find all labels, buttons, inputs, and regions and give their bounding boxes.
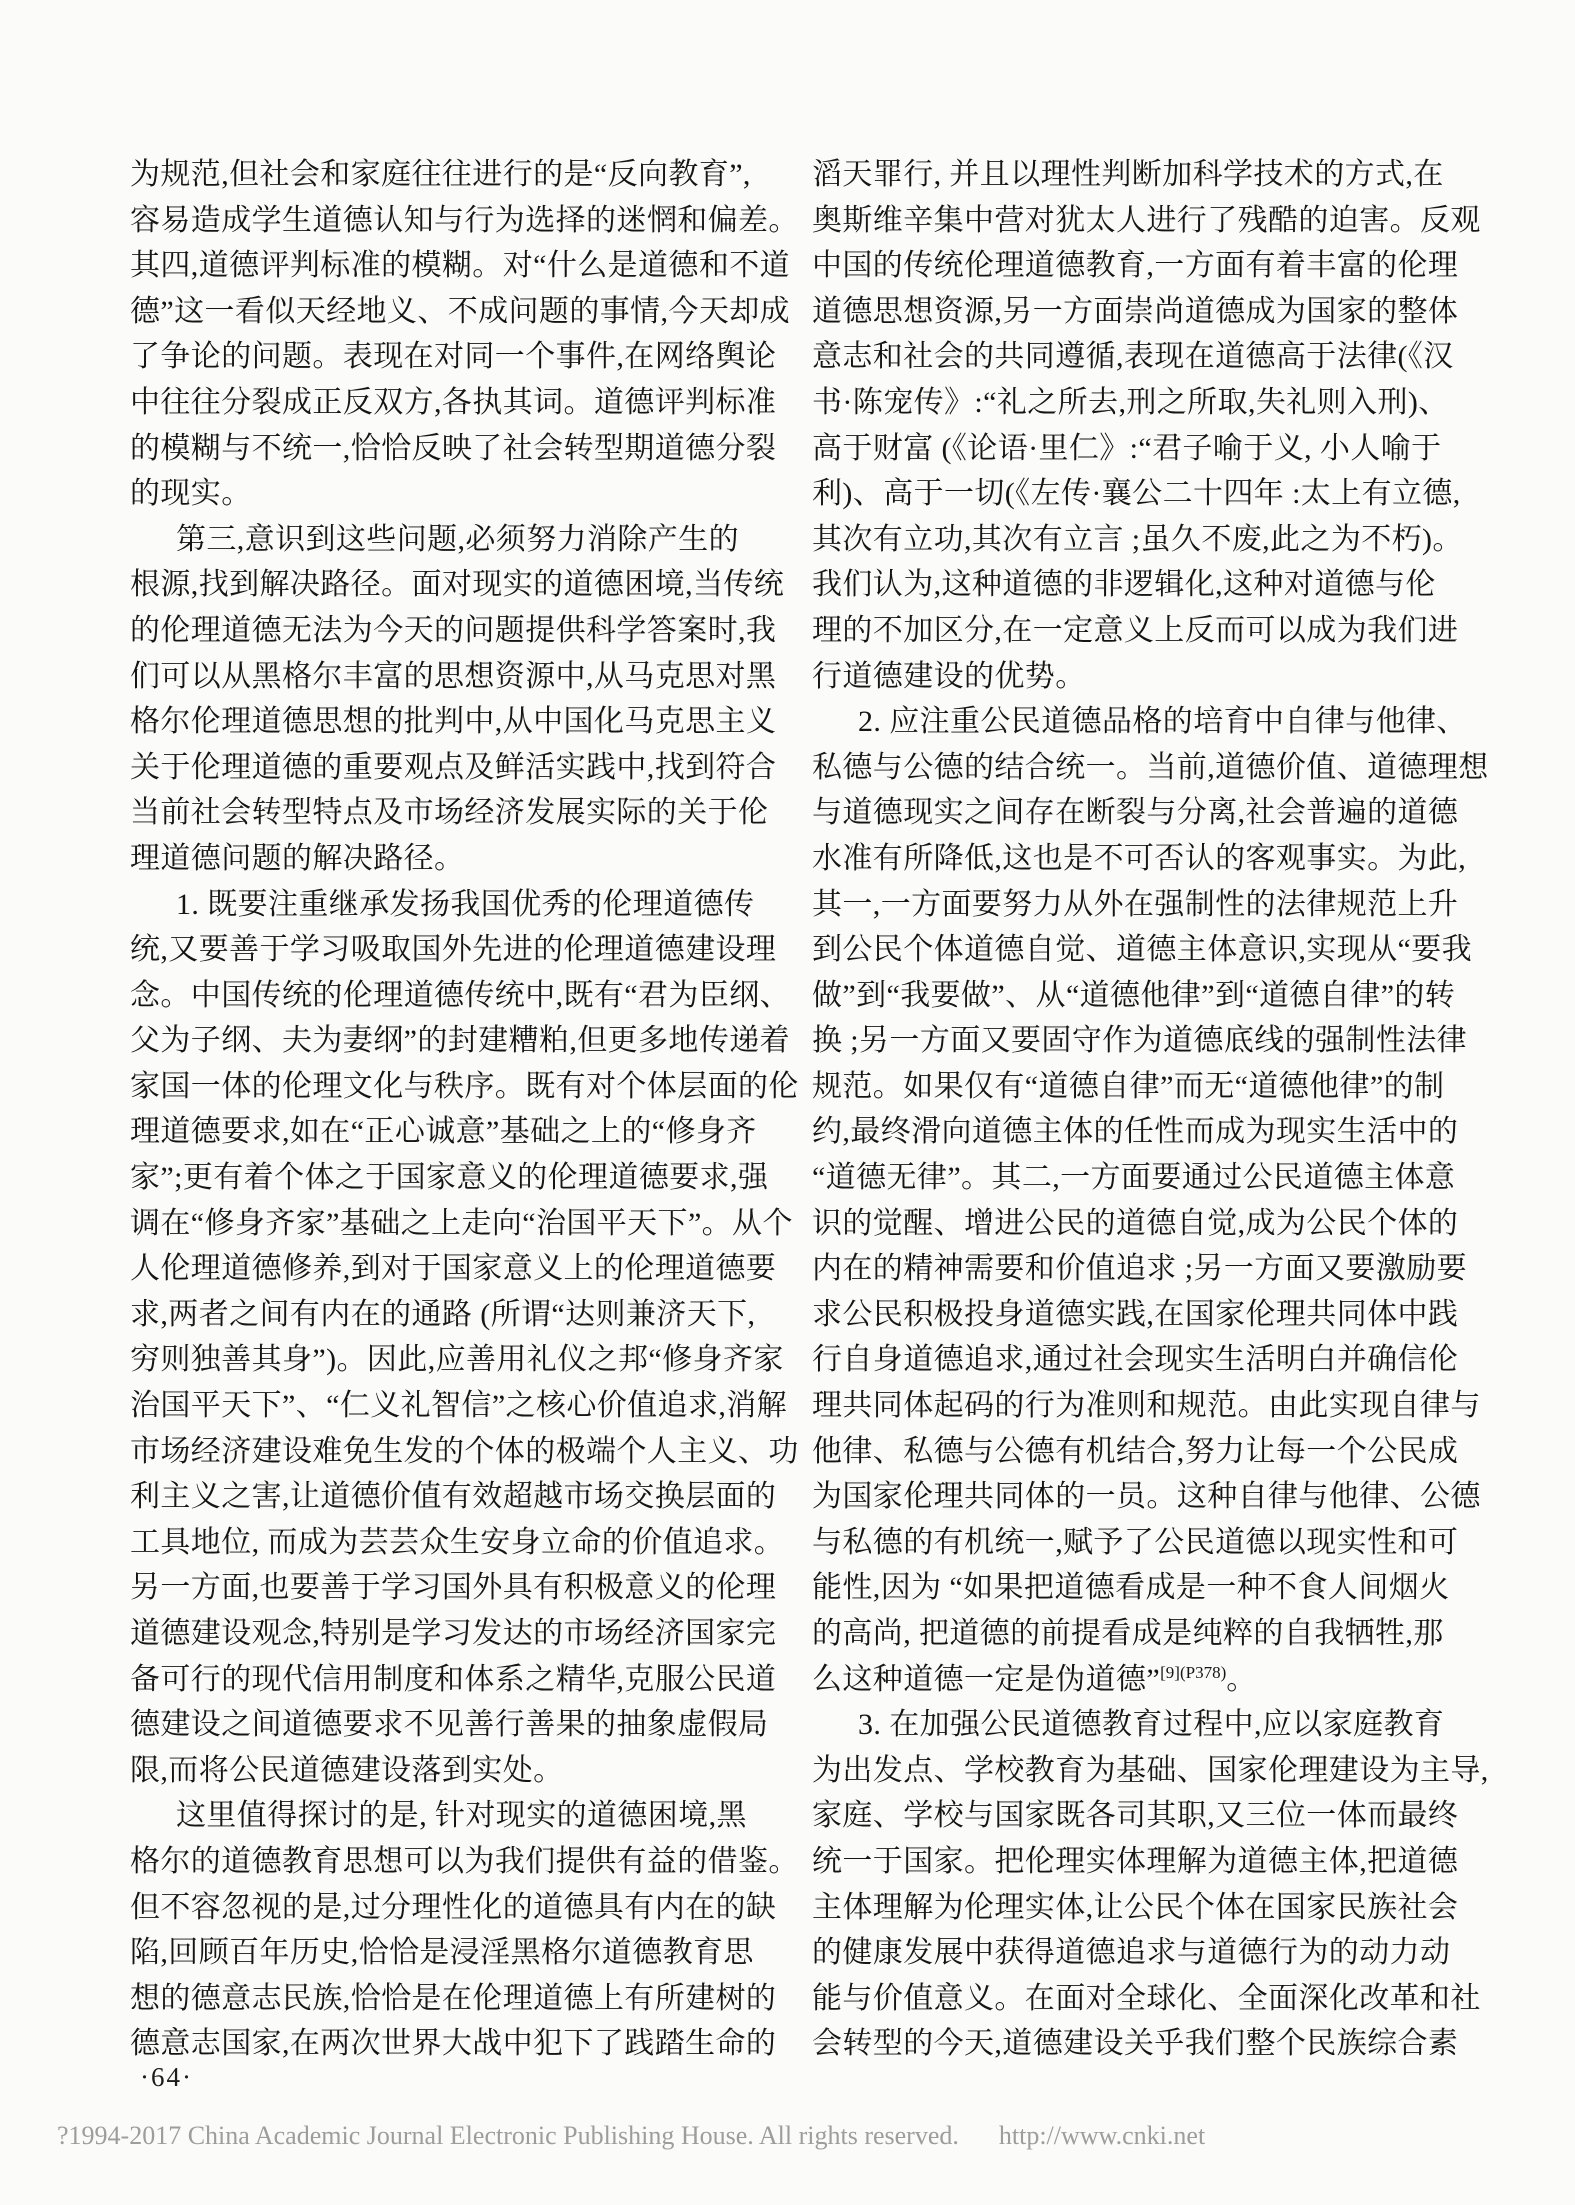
text-line: 行自身道德追求,通过社会现实生活明白并确信伦	[812, 1337, 1464, 1383]
text-line: 市场经济建设难免生发的个体的极端个人主义、功	[130, 1429, 778, 1475]
text-line: 另一方面,也要善于学习国外具有积极意义的伦理	[130, 1565, 778, 1611]
text-line: 道德建设观念,特别是学习发达的市场经济国家完	[130, 1611, 778, 1657]
text-line: 理的不加区分,在一定意义上反而可以成为我们进	[812, 608, 1464, 654]
text-line: 水准有所降低,这也是不可否认的客观事实。为此,	[812, 836, 1464, 882]
text-line: 他律、私德与公德有机结合,努力让每一个公民成	[812, 1429, 1464, 1475]
text-line: 利)、高于一切(《左传·襄公二十四年 :太上有立德,	[812, 471, 1464, 517]
text-line: 其一,一方面要努力从外在强制性的法律规范上升	[812, 882, 1464, 928]
text-line: “道德无律”。其二,一方面要通过公民道德主体意	[812, 1155, 1464, 1201]
text-line: 为国家伦理共同体的一员。这种自律与他律、公德	[812, 1474, 1464, 1520]
journal-page: 为规范,但社会和家庭往往进行的是“反向教育”,容易造成学生道德认知与行为选择的迷…	[0, 0, 1575, 2205]
text-line: 的伦理道德无法为今天的问题提供科学答案时,我	[130, 608, 778, 654]
text-line: 求,两者之间有内在的通路 (所谓“达则兼济天下,	[130, 1292, 778, 1338]
text-line: 格尔的道德教育思想可以为我们提供有益的借鉴。	[130, 1839, 778, 1885]
text-line: 其四,道德评判标准的模糊。对“什么是道德和不道	[130, 243, 778, 289]
text-line: 能性,因为 “如果把道德看成是一种不食人间烟火	[812, 1565, 1464, 1611]
text-line: 其次有立功,其次有立言 ;虽久不废,此之为不朽)。	[812, 517, 1464, 563]
text-line: 理道德问题的解决路径。	[130, 836, 778, 882]
text-line: 家国一体的伦理文化与秩序。既有对个体层面的伦	[130, 1064, 778, 1110]
text-line: 的健康发展中获得道德追求与道德行为的动力动	[812, 1930, 1464, 1976]
text-line: 根源,找到解决路径。面对现实的道德困境,当传统	[130, 562, 778, 608]
text-line: 父为子纲、夫为妻纲”的封建糟粕,但更多地传递着	[130, 1018, 778, 1064]
left-column: 为规范,但社会和家庭往往进行的是“反向教育”,容易造成学生道德认知与行为选择的迷…	[130, 152, 778, 2067]
text-line: 行道德建设的优势。	[812, 654, 1464, 700]
text-line: 但不容忽视的是,过分理性化的道德具有内在的缺	[130, 1885, 778, 1931]
text-line: 高于财富 (《论语·里仁》:“君子喻于义, 小人喻于	[812, 426, 1464, 472]
text-line: 备可行的现代信用制度和体系之精华,克服公民道	[130, 1657, 778, 1703]
text-line: 私德与公德的结合统一。当前,道德价值、道德理想	[812, 745, 1464, 791]
footer-copyright: ?1994-2017 China Academic Journal Electr…	[57, 2121, 959, 2150]
text-line: 德”这一看似天经地义、不成问题的事情,今天却成	[130, 289, 778, 335]
text-line: 想的德意志民族,恰恰是在伦理道德上有所建树的	[130, 1976, 778, 2022]
text-line: 换 ;另一方面又要固守作为道德底线的强制性法律	[812, 1018, 1464, 1064]
text-line: 限,而将公民道德建设落到实处。	[130, 1748, 778, 1794]
text-line: 与道德现实之间存在断裂与分离,社会普遍的道德	[812, 790, 1464, 836]
text-line: 的现实。	[130, 471, 778, 517]
text-line: 调在“修身齐家”基础之上走向“治国平天下”。从个	[130, 1201, 778, 1247]
text-line: 利主义之害,让道德价值有效超越市场交换层面的	[130, 1474, 778, 1520]
text-line: 到公民个体道德自觉、道德主体意识,实现从“要我	[812, 927, 1464, 973]
text-line: 德意志国家,在两次世界大战中犯下了践踏生命的	[130, 2021, 778, 2067]
text-line: 么这种道德一定是伪道德”[9](P378)。	[812, 1657, 1464, 1703]
text-line: 第三,意识到这些问题,必须努力消除产生的	[130, 517, 778, 563]
text-line: 理道德要求,如在“正心诚意”基础之上的“修身齐	[130, 1109, 778, 1155]
footer-url: http://www.cnki.net	[999, 2121, 1205, 2150]
text-line: 念。中国传统的伦理道德传统中,既有“君为臣纲、	[130, 973, 778, 1019]
text-line: 会转型的今天,道德建设关乎我们整个民族综合素	[812, 2021, 1464, 2067]
text-line: 规范。如果仅有“道德自律”而无“道德他律”的制	[812, 1064, 1464, 1110]
text-line: 治国平天下”、“仁义礼智信”之核心价值追求,消解	[130, 1383, 778, 1429]
text-line: 内在的精神需要和价值追求 ;另一方面又要激励要	[812, 1246, 1464, 1292]
right-column: 滔天罪行, 并且以理性判断加科学技术的方式,在奥斯维辛集中营对犹太人进行了残酷的…	[812, 152, 1464, 2067]
footer-watermark: ?1994-2017 China Academic Journal Electr…	[57, 2121, 1205, 2151]
text-line: 与私德的有机统一,赋予了公民道德以现实性和可	[812, 1520, 1464, 1566]
text-line: 的模糊与不统一,恰恰反映了社会转型期道德分裂	[130, 426, 778, 472]
text-line: 理共同体起码的行为准则和规范。由此实现自律与	[812, 1383, 1464, 1429]
text-line: 统一于国家。把伦理实体理解为道德主体,把道德	[812, 1839, 1464, 1885]
text-line: 容易造成学生道德认知与行为选择的迷惘和偏差。	[130, 198, 778, 244]
text-line: 识的觉醒、增进公民的道德自觉,成为公民个体的	[812, 1201, 1464, 1247]
text-line: 我们认为,这种道德的非逻辑化,这种对道德与伦	[812, 562, 1464, 608]
text-line: 这里值得探讨的是, 针对现实的道德困境,黑	[130, 1793, 778, 1839]
text-line: 穷则独善其身”)。因此,应善用礼仪之邦“修身齐家	[130, 1337, 778, 1383]
text-line: 了争论的问题。表现在对同一个事件,在网络舆论	[130, 334, 778, 380]
text-line: 滔天罪行, 并且以理性判断加科学技术的方式,在	[812, 152, 1464, 198]
text-line: 求公民积极投身道德实践,在国家伦理共同体中践	[812, 1292, 1464, 1338]
text-line: 主体理解为伦理实体,让公民个体在国家民族社会	[812, 1885, 1464, 1931]
text-line: 的高尚, 把道德的前提看成是纯粹的自我牺牲,那	[812, 1611, 1464, 1657]
text-line: 1. 既要注重继承发扬我国优秀的伦理道德传	[130, 882, 778, 928]
citation-superscript: [9](P378)	[1160, 1663, 1226, 1682]
text-line: 格尔伦理道德思想的批判中,从中国化马克思主义	[130, 699, 778, 745]
text-line: 道德思想资源,另一方面崇尚道德成为国家的整体	[812, 289, 1464, 335]
text-line: 当前社会转型特点及市场经济发展实际的关于伦	[130, 790, 778, 836]
text-line: 奥斯维辛集中营对犹太人进行了残酷的迫害。反观	[812, 198, 1464, 244]
text-line: 约,最终滑向道德主体的任性而成为现实生活中的	[812, 1109, 1464, 1155]
text-line: 工具地位, 而成为芸芸众生安身立命的价值追求。	[130, 1520, 778, 1566]
text-line: 家庭、学校与国家既各司其职,又三位一体而最终	[812, 1793, 1464, 1839]
text-line: 为规范,但社会和家庭往往进行的是“反向教育”,	[130, 152, 778, 198]
text-line: 关于伦理道德的重要观点及鲜活实践中,找到符合	[130, 745, 778, 791]
text-line: 书·陈宠传》:“礼之所去,刑之所取,失礼则入刑)、	[812, 380, 1464, 426]
text-line: 3. 在加强公民道德教育过程中,应以家庭教育	[812, 1702, 1464, 1748]
text-line: 统,又要善于学习吸取国外先进的伦理道德建设理	[130, 927, 778, 973]
page-number: ·64·	[140, 2062, 193, 2093]
text-line: 人伦理道德修养,到对于国家意义上的伦理道德要	[130, 1246, 778, 1292]
text-line: 陷,回顾百年历史,恰恰是浸淫黑格尔道德教育思	[130, 1930, 778, 1976]
text-line: 们可以从黑格尔丰富的思想资源中,从马克思对黑	[130, 654, 778, 700]
text-line: 为出发点、学校教育为基础、国家伦理建设为主导,	[812, 1748, 1464, 1794]
text-line: 中往往分裂成正反双方,各执其词。道德评判标准	[130, 380, 778, 426]
text-line: 中国的传统伦理道德教育,一方面有着丰富的伦理	[812, 243, 1464, 289]
text-line: 能与价值意义。在面对全球化、全面深化改革和社	[812, 1976, 1464, 2022]
text-line: 做”到“我要做”、从“道德他律”到“道德自律”的转	[812, 973, 1464, 1019]
text-line: 意志和社会的共同遵循,表现在道德高于法律(《汉	[812, 334, 1464, 380]
text-line: 家”;更有着个体之于国家意义的伦理道德要求,强	[130, 1155, 778, 1201]
text-line: 2. 应注重公民道德品格的培育中自律与他律、	[812, 699, 1464, 745]
text-line: 德建设之间道德要求不见善行善果的抽象虚假局	[130, 1702, 778, 1748]
